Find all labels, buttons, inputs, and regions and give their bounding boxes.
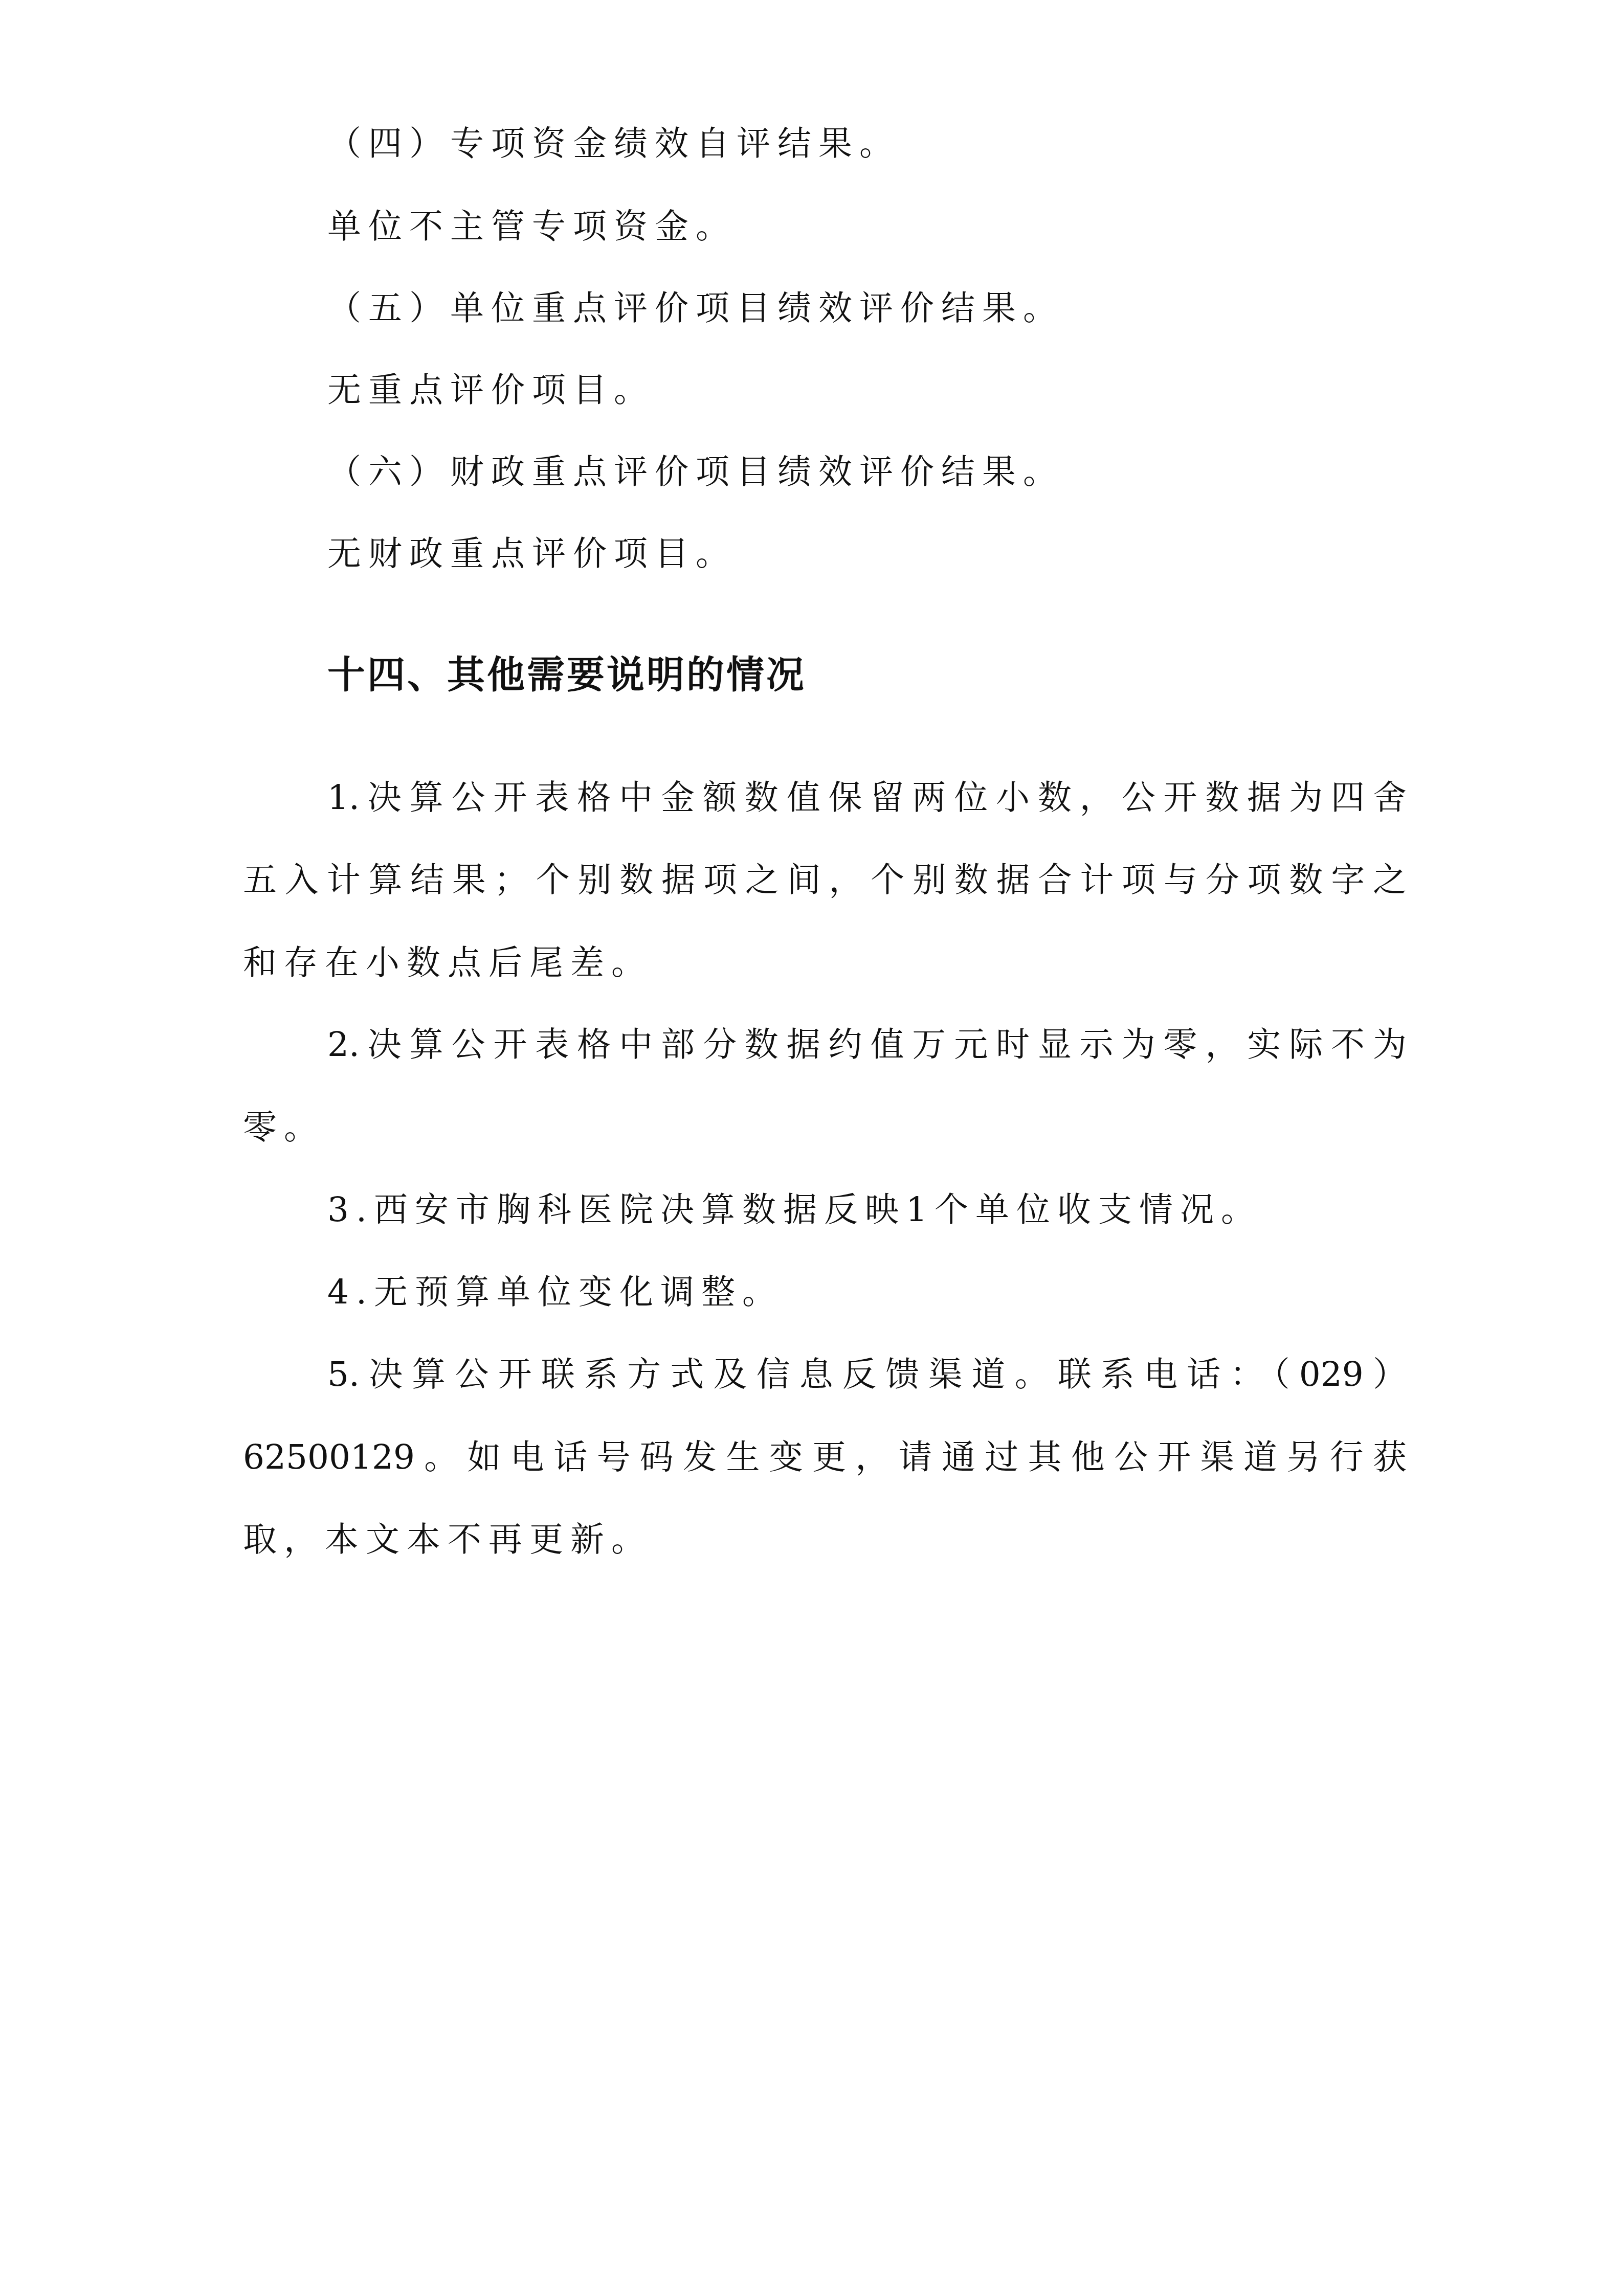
document-page: （四）专项资金绩效自评结果。 单位不主管专项资金。 （五）单位重点评价项目绩效评… (0, 0, 1624, 2296)
section-5-title: （五）单位重点评价项目绩效评价结果。 (327, 291, 1064, 325)
section-4-body: 单位不主管专项资金。 (327, 210, 737, 243)
note-1-line-2: 五入计算结果；个别数据项之间，个别数据合计项与分项数字之 (243, 863, 1407, 897)
note-1-line-3: 和存在小数点后尾差。 (243, 946, 652, 980)
note-5-line-3: 取，本文本不再更新。 (243, 1523, 652, 1557)
section-6-title: （六）财政重点评价项目绩效评价结果。 (327, 455, 1064, 489)
note-5-line-2: 62500129。如电话号码发生变更，请通过其他公开渠道另行获 (243, 1440, 1407, 1474)
note-2-line-2: 零。 (243, 1111, 325, 1144)
note-5-line-1: 5.决算公开联系方式及信息反馈渠道。联系电话：（029） (327, 1358, 1407, 1391)
note-4-line-1: 4.无预算单位变化调整。 (327, 1275, 783, 1309)
section-5-body: 无重点评价项目。 (327, 373, 655, 407)
note-3-line-1: 3.西安市胸科医院决算数据反映1个单位收支情况。 (327, 1193, 1262, 1227)
note-2-line-1: 2.决算公开表格中部分数据约值万元时显示为零，实际不为 (327, 1028, 1407, 1062)
section-heading: 十四、其他需要说明的情况 (327, 656, 806, 694)
section-6-body: 无财政重点评价项目。 (327, 537, 737, 571)
section-4-title: （四）专项资金绩效自评结果。 (327, 127, 900, 161)
note-1-line-1: 1.决算公开表格中金额数值保留两位小数，公开数据为四舍 (327, 781, 1407, 815)
